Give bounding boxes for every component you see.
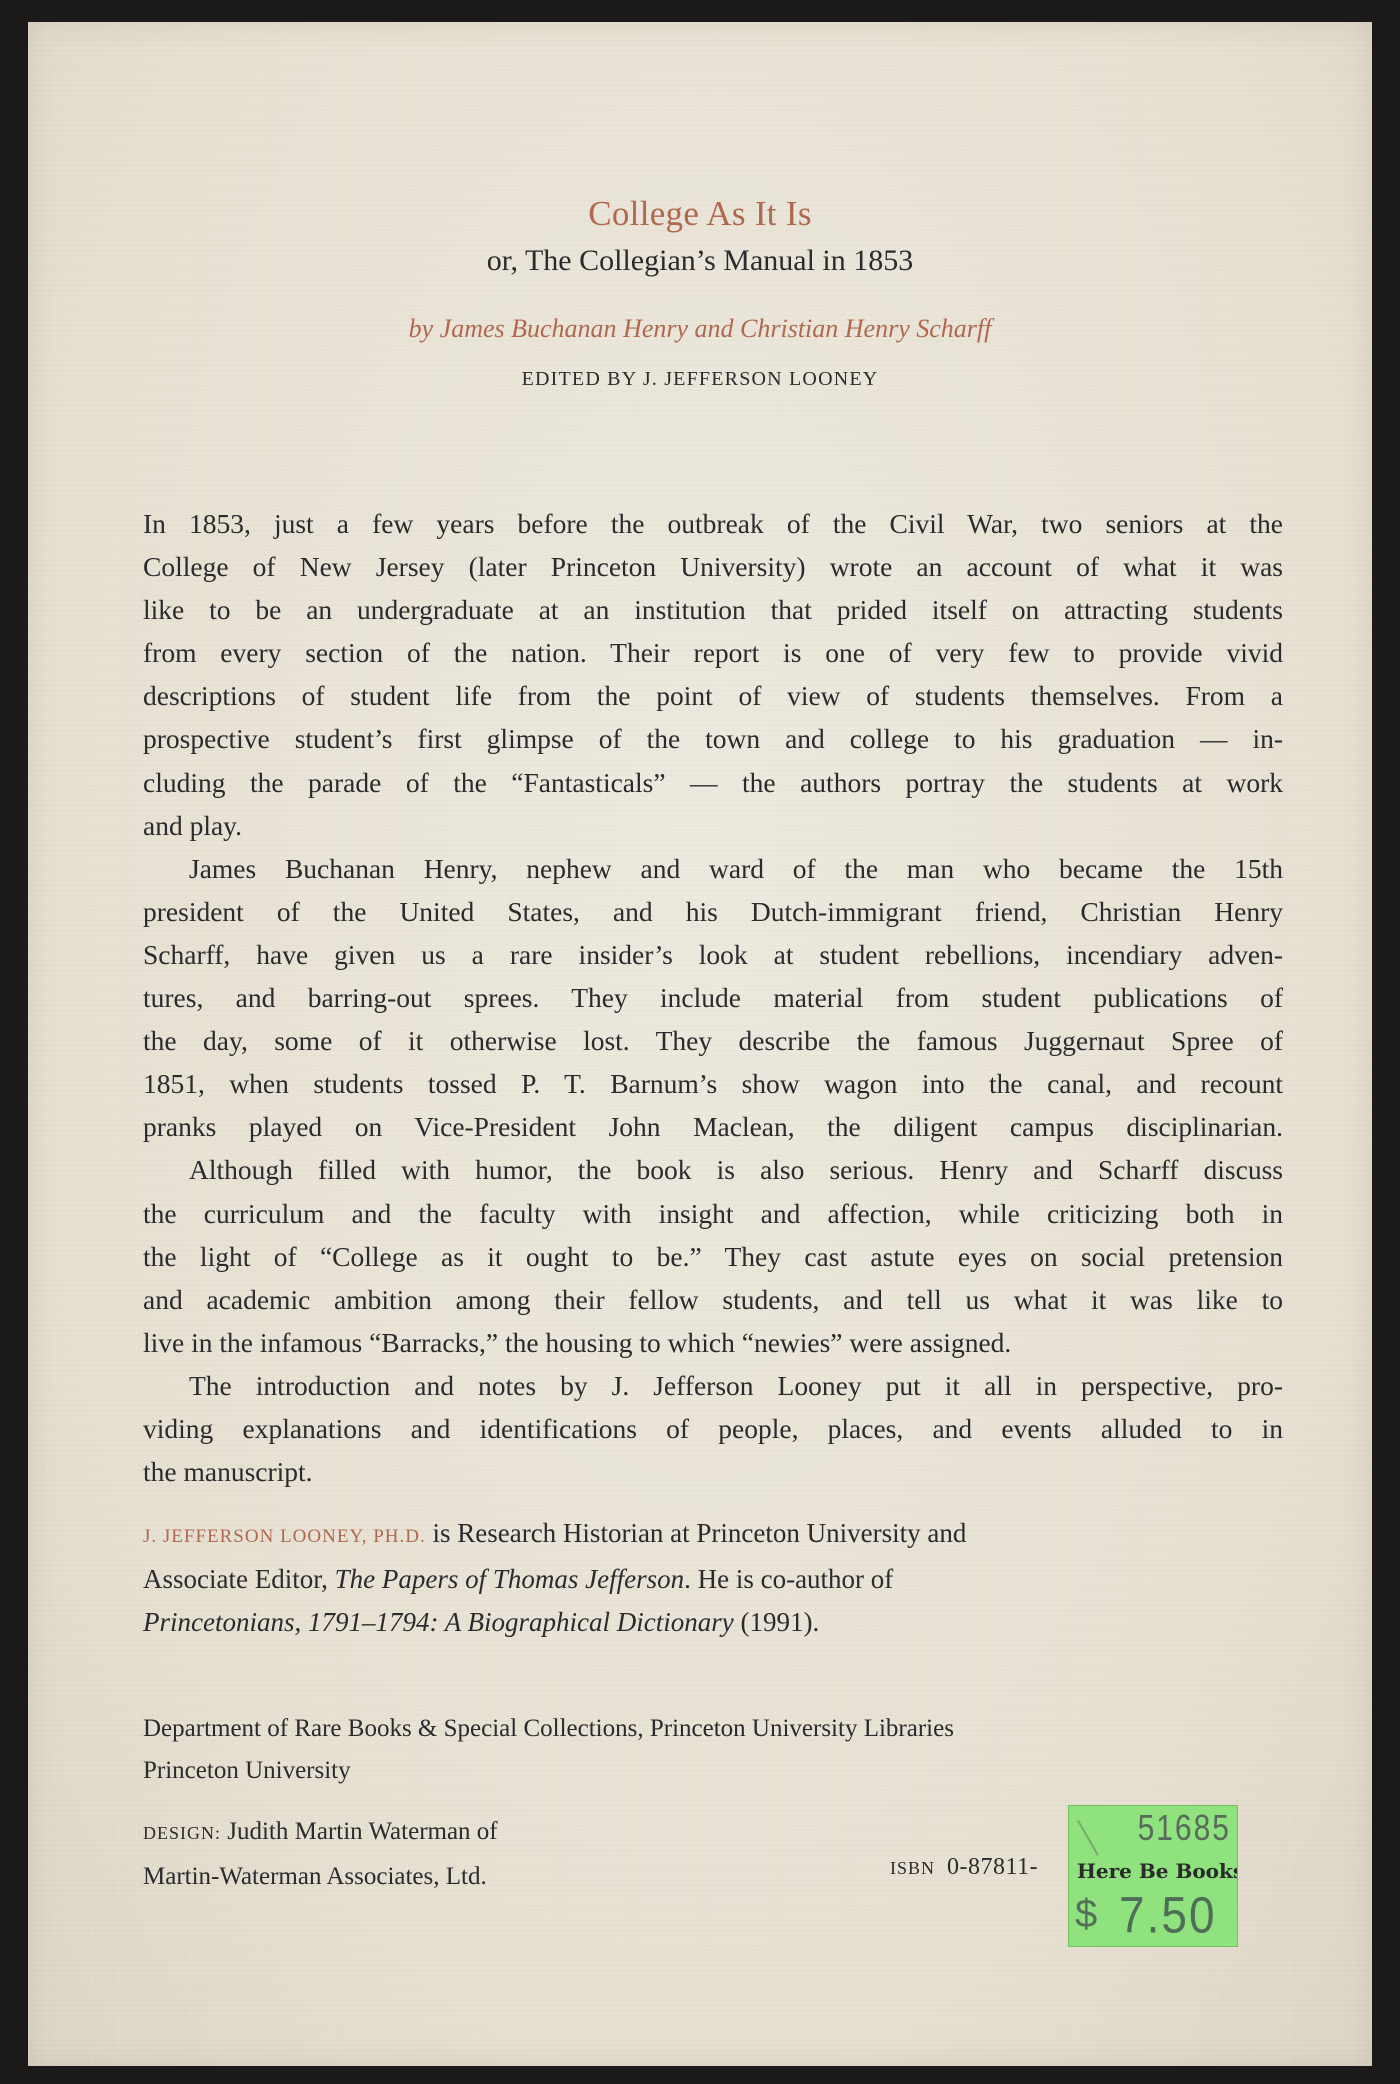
description-line: the curriculum and the faculty with insi… — [143, 1192, 1283, 1235]
description-line: pranks played on Vice-President John Mac… — [143, 1105, 1283, 1148]
designer-name: Judith Martin Waterman of — [221, 1818, 498, 1845]
bio-line: J. JEFFERSON LOONEY, PH.D. is Research H… — [143, 1512, 1283, 1558]
bio-line: Associate Editor, The Papers of Thomas J… — [143, 1558, 1283, 1601]
description-line: James Buchanan Henry, nephew and ward of… — [143, 847, 1283, 890]
description-line: the light of “College as it ought to be.… — [143, 1235, 1283, 1278]
publisher-university: Princeton University — [143, 1750, 954, 1792]
description-line: Scharff, have given us a rare insider’s … — [143, 933, 1283, 976]
store-name: Here Be Books — [1077, 1859, 1238, 1883]
editor-name: J. JEFFERSON LOONEY, PH.D. — [143, 1526, 426, 1547]
description-line: In 1853, just a few years before the out… — [143, 502, 1283, 545]
description-line: live in the infamous “Barracks,” the hou… — [143, 1321, 1283, 1364]
currency-symbol: $ — [1075, 1892, 1097, 1937]
description-line: and play. — [143, 804, 1283, 847]
description-text: In 1853, just a few years before the out… — [143, 502, 1283, 1493]
book-reference: Princetonians, 1791–1794: A Biographical… — [143, 1607, 734, 1637]
book-back-cover: College As It Is or, The Collegian’s Man… — [28, 22, 1372, 2066]
design-credit: DESIGN: Judith Martin Waterman of Martin… — [143, 1810, 498, 1898]
bio-line: Princetonians, 1791–1794: A Biographical… — [143, 1601, 1283, 1644]
bio-text: Associate Editor, — [143, 1564, 335, 1594]
authors-byline: by James Buchanan Henry and Christian He… — [28, 314, 1372, 344]
bio-text: is Research Historian at Princeton Unive… — [426, 1518, 967, 1548]
price-value: 7.50 — [1119, 1885, 1217, 1944]
editor-bio: J. JEFFERSON LOONEY, PH.D. is Research H… — [143, 1512, 1283, 1644]
description-line: viding explanations and identifications … — [143, 1407, 1283, 1450]
isbn-label: ISBN — [890, 1858, 935, 1878]
sticker-code: 51685 — [1138, 1809, 1231, 1850]
pen-mark-icon — [1077, 1820, 1099, 1856]
bio-text: . He is co-author of — [684, 1564, 893, 1594]
description-line: tures, and barring-out sprees. They incl… — [143, 976, 1283, 1019]
description-line: Although filled with humor, the book is … — [143, 1148, 1283, 1191]
description-line: the manuscript. — [143, 1450, 1283, 1493]
price-sticker: 51685 Here Be Books $ 7.50 — [1068, 1805, 1238, 1947]
editor-credit: EDITED BY J. JEFFERSON LOONEY — [28, 368, 1372, 391]
description-line: The introduction and notes by J. Jeffers… — [143, 1364, 1283, 1407]
design-label: DESIGN: — [143, 1823, 221, 1843]
bio-text: (1991). — [734, 1607, 819, 1637]
book-subtitle: or, The Collegian’s Manual in 1853 — [28, 244, 1372, 278]
publisher-department: Department of Rare Books & Special Colle… — [143, 1708, 954, 1750]
isbn-value: 0-87811- — [947, 1854, 1038, 1880]
book-title: College As It Is — [28, 194, 1372, 234]
description-line: like to be an undergraduate at an instit… — [143, 588, 1283, 631]
description-line: descriptions of student life from the po… — [143, 674, 1283, 717]
publisher-block: Department of Rare Books & Special Colle… — [143, 1708, 954, 1792]
description-line: from every section of the nation. Their … — [143, 631, 1283, 674]
description-line: 1851, when students tossed P. T. Barnum’… — [143, 1062, 1283, 1105]
isbn: ISBN0-87811- — [890, 1854, 1038, 1881]
description-line: and academic ambition among their fellow… — [143, 1278, 1283, 1321]
book-reference: The Papers of Thomas Jefferson — [335, 1564, 684, 1594]
description-line: College of New Jersey (later Princeton U… — [143, 545, 1283, 588]
description-line: president of the United States, and his … — [143, 890, 1283, 933]
description-line: prospective student’s first glimpse of t… — [143, 717, 1283, 760]
description-line: the day, some of it otherwise lost. They… — [143, 1019, 1283, 1062]
description-line: cluding the parade of the “Fantasticals”… — [143, 761, 1283, 804]
design-firm: Martin-Waterman Associates, Ltd. — [143, 1855, 498, 1898]
